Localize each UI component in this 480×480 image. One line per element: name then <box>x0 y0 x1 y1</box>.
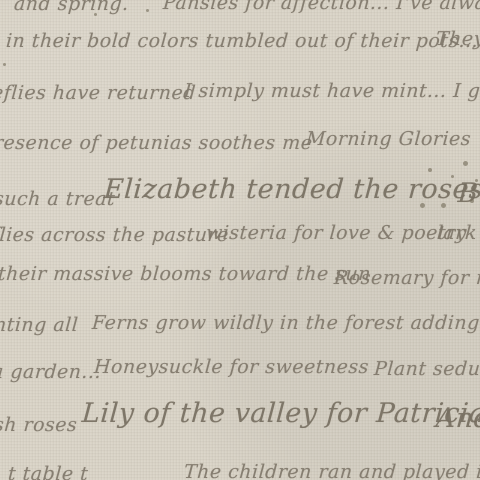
script-text: and spring. <box>13 0 129 15</box>
script-text: lark <box>436 222 478 244</box>
script-text: eflies have returned <box>0 82 197 104</box>
script-text: Pansies for affection... I've always p <box>162 0 480 14</box>
script-text: flies across the pasture <box>0 224 230 246</box>
ink-dot <box>470 199 474 203</box>
script-text-feature: Lily of the valley for Patricia <box>81 398 480 429</box>
ink-dot <box>451 175 454 178</box>
ink-dot <box>3 63 6 66</box>
script-text: Plant sedu <box>373 358 480 380</box>
script-text: resence of petunias soothes me <box>0 132 313 154</box>
script-text: I simply must have mint... I gathe <box>183 80 480 102</box>
script-text: nting all <box>0 314 79 336</box>
script-text: Honeysuckle for sweetness <box>93 356 369 378</box>
ink-dot <box>428 168 432 172</box>
fabric-swatch: and spring. Pansies for affection... I'v… <box>0 0 480 480</box>
script-text: And <box>435 403 480 434</box>
ink-dot <box>463 161 468 166</box>
script-text: such a treat <box>0 188 116 210</box>
script-text: Ferns grow wildly in the forest adding t… <box>91 312 480 334</box>
ink-dot <box>94 13 97 16</box>
script-text: wisteria for love & poetry <box>205 222 467 244</box>
script-text: B <box>457 178 480 209</box>
script-text: in their bold colors tumbled out of thei… <box>5 30 479 52</box>
ink-dot <box>146 9 149 12</box>
script-text: The children ran and played in the <box>183 461 480 480</box>
ink-dot <box>420 203 425 208</box>
ink-dot <box>475 179 478 182</box>
script-text: their massive blooms toward the sun <box>0 263 372 285</box>
script-text: They <box>435 28 480 50</box>
script-text: sh roses <box>0 414 78 436</box>
script-text: a garden... <box>0 361 102 383</box>
script-text-feature: Elizabeth tended the roses <box>103 174 480 205</box>
script-text: Morning Glories <box>305 128 472 150</box>
ink-dot <box>441 203 446 208</box>
script-text: t table t <box>7 463 89 480</box>
script-text: Rosemary for re <box>333 267 480 289</box>
